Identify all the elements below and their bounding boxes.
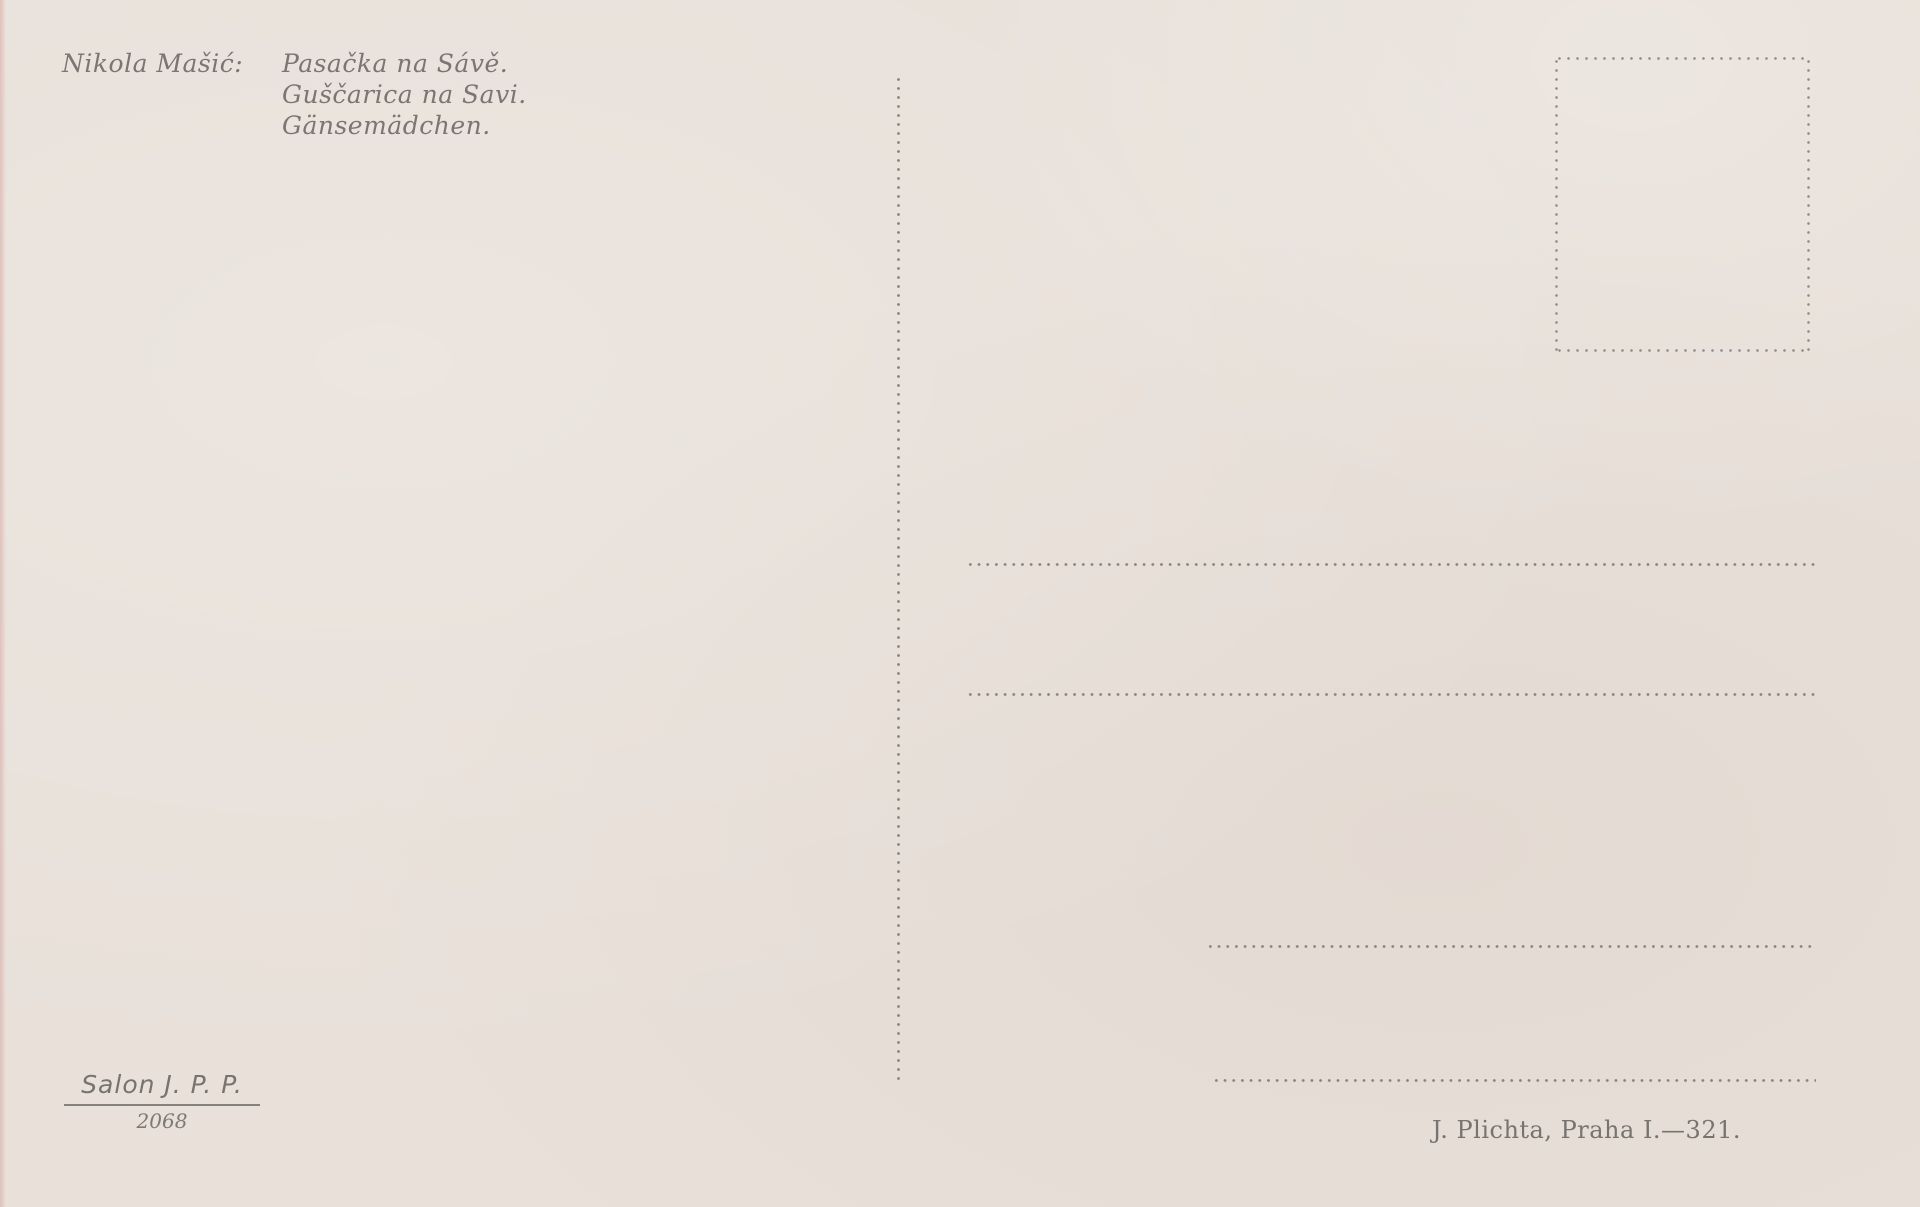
- series-underline: [64, 1104, 260, 1106]
- series-number: 2068: [64, 1108, 260, 1134]
- publisher-imprint: J. Plichta, Praha I.—321.: [1432, 1116, 1741, 1144]
- series-name: Salon J. P. P.: [64, 1070, 260, 1100]
- card-edge: [0, 0, 6, 1207]
- title-czech: Pasačka na Sávě.: [282, 48, 527, 79]
- address-line-4: [1212, 1079, 1816, 1082]
- address-line-2: [966, 693, 1816, 696]
- artwork-titles: Pasačka na Sávě. Guščarica na Savi. Gäns…: [282, 48, 527, 141]
- address-line-1: [966, 563, 1816, 566]
- message-address-divider: [897, 75, 900, 1085]
- title-german: Gänsemädchen.: [282, 110, 527, 141]
- series-imprint: Salon J. P. P. 2068: [64, 1070, 260, 1134]
- stamp-placeholder-box: [1555, 57, 1810, 352]
- address-line-3: [1206, 945, 1816, 948]
- artist-name: Nikola Mašić:: [62, 48, 243, 79]
- title-croatian: Guščarica na Savi.: [282, 79, 527, 110]
